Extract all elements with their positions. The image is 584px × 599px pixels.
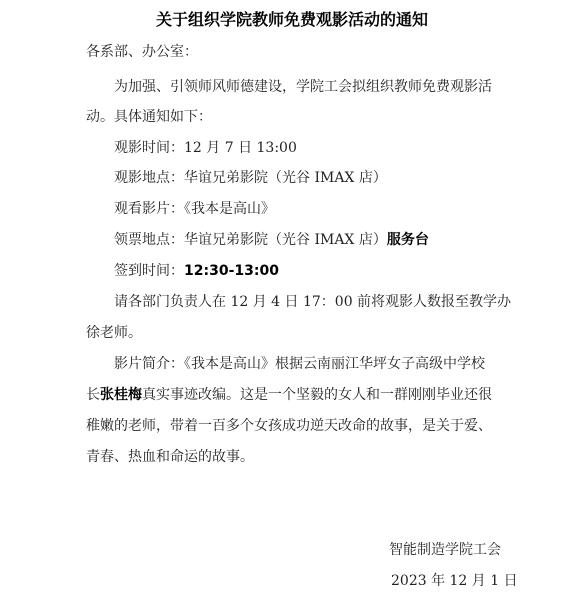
intro-line-2: 动。具体通知如下：	[86, 107, 212, 127]
synopsis-prefix: 长	[86, 387, 100, 403]
ticket-label: 领票地点：	[114, 232, 184, 248]
time-value: 12 月 7 日 13:00	[184, 140, 297, 156]
signature-organization: 智能制造学院工会	[389, 540, 501, 560]
detail-ticket: 领票地点：华谊兄弟影院（光谷 IMAX 店）服务台	[114, 230, 429, 250]
venue-value: 华谊兄弟影院（光谷 IMAX 店）	[184, 170, 387, 186]
film-label: 观看影片：	[114, 201, 184, 217]
detail-time: 观影时间：12 月 7 日 13:00	[114, 138, 297, 158]
intro-line-1: 为加强、引领师风师德建设，学院工会拟组织教师免费观影活	[114, 77, 492, 97]
request-line-1: 请各部门负责人在 12 月 4 日 17：00 前将观影人数报至教学办	[114, 292, 511, 312]
synopsis-line-4: 青春、热血和命运的故事。	[86, 447, 254, 467]
venue-label: 观影地点：	[114, 170, 184, 186]
signin-label: 签到时间：	[114, 263, 184, 279]
ticket-value-bold: 服务台	[387, 232, 429, 248]
salutation: 各系部、办公室：	[86, 42, 198, 62]
detail-signin: 签到时间：12:30-13:00	[114, 261, 279, 281]
signin-value: 12:30-13:00	[184, 263, 279, 279]
detail-venue: 观影地点：华谊兄弟影院（光谷 IMAX 店）	[114, 168, 387, 188]
time-label: 观影时间：	[114, 140, 184, 156]
request-line-2: 徐老师。	[86, 323, 142, 343]
document-page: 关于组织学院教师免费观影活动的通知 各系部、办公室： 为加强、引领师风师德建设，…	[0, 0, 584, 599]
synopsis-line-3: 稚嫩的老师，带着一百多个女孩成功逆天改命的故事，是关于爱、	[86, 416, 492, 436]
synopsis-rest: 真实事迹改编。这是一个坚毅的女人和一群刚刚毕业还很	[142, 387, 492, 403]
ticket-value: 华谊兄弟影院（光谷 IMAX 店）	[184, 232, 387, 248]
detail-film: 观看影片：《我本是高山》	[114, 199, 275, 219]
signature-date: 2023 年 12 月 1 日	[391, 571, 518, 591]
film-value: 《我本是高山》	[184, 201, 275, 217]
document-title: 关于组织学院教师免费观影活动的通知	[0, 8, 584, 32]
synopsis-line-2: 长张桂梅真实事迹改编。这是一个坚毅的女人和一群刚刚毕业还很	[86, 385, 492, 405]
synopsis-name-bold: 张桂梅	[100, 387, 142, 403]
synopsis-line-1: 影片简介：《我本是高山》根据云南丽江华坪女子高级中学校	[114, 354, 485, 374]
